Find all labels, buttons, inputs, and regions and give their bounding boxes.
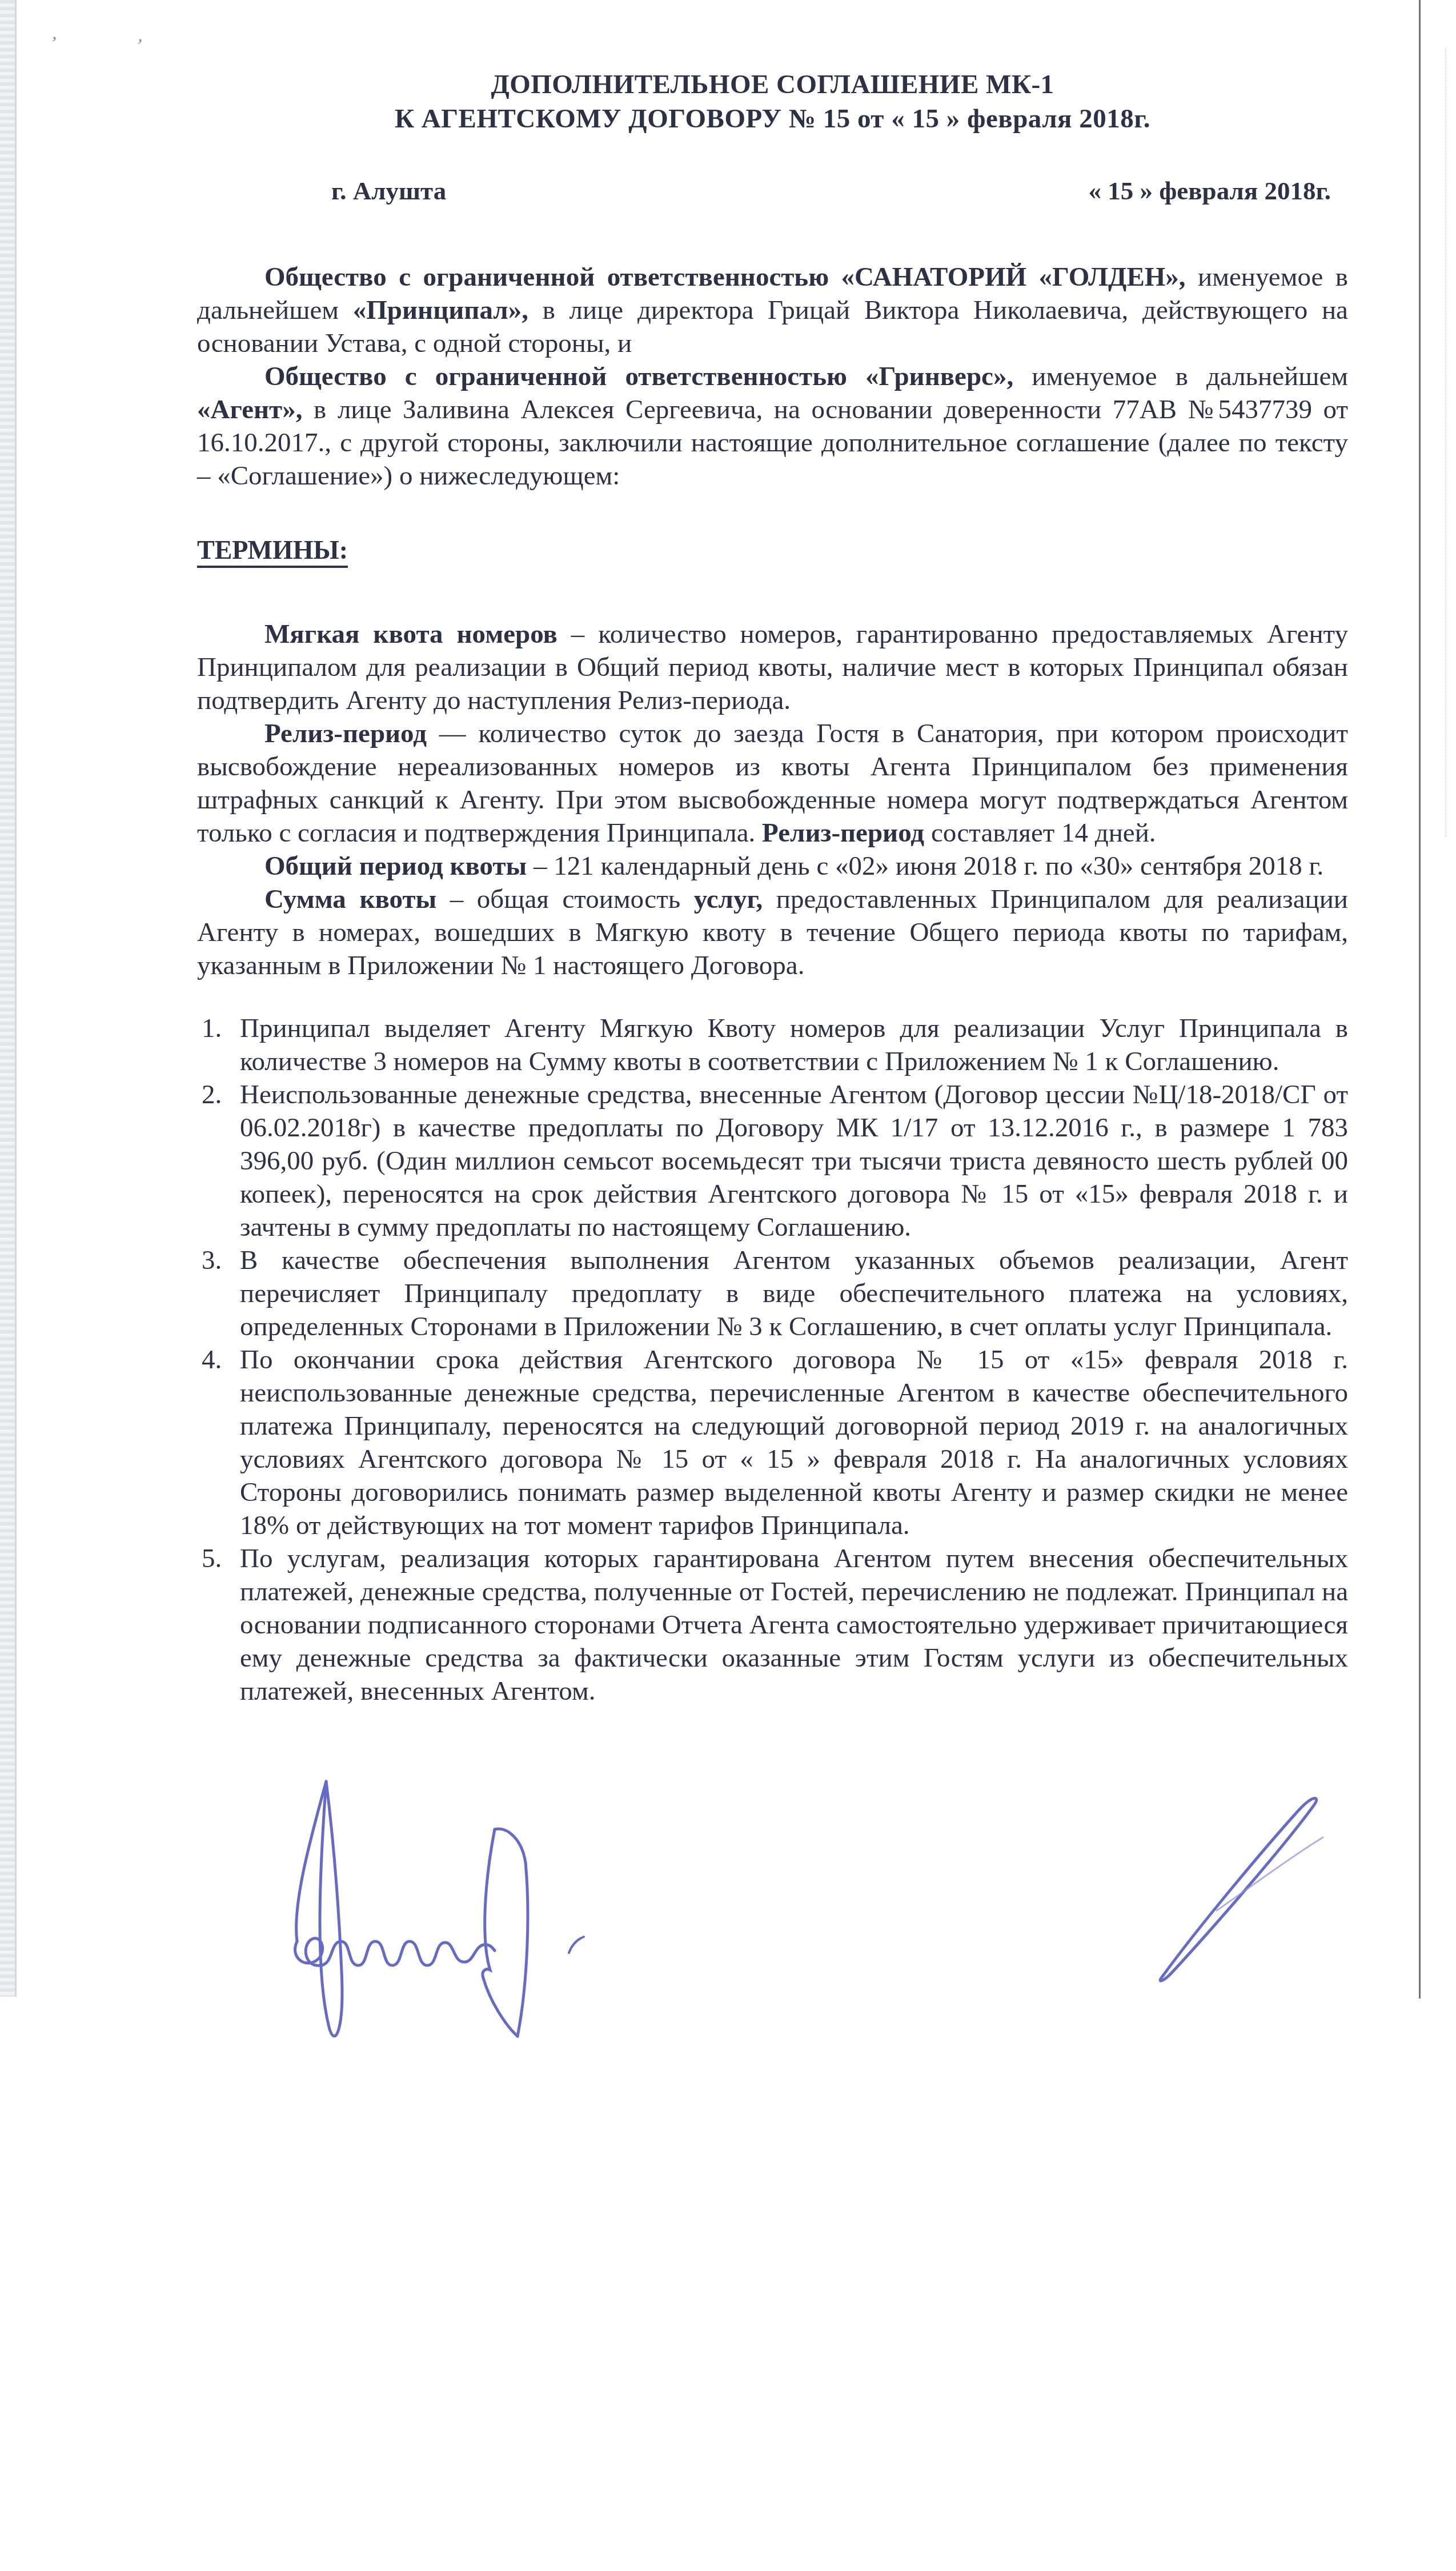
signature-left-right-leaf-return bbox=[495, 1829, 528, 2036]
term-soft-quota: Мягкая квота номеров – количество номеро… bbox=[197, 618, 1348, 717]
preamble-agent-paragraph: Общество с ограниченной ответственностью… bbox=[197, 360, 1348, 492]
text-run: составляет 14 дней. bbox=[924, 818, 1156, 848]
term-total-quota-period: Общий период квоты – 121 календарный ден… bbox=[197, 850, 1348, 883]
scanned-contract-page: ’ ’ ДОПОЛНИТЕЛЬНОЕ СОГЛАШЕНИЕ МК-1 К АГЕ… bbox=[0, 0, 1456, 2571]
clause-text: По окончании срока действия Агентского д… bbox=[240, 1345, 1348, 1540]
text-run: – 121 календарный день с «02» июня 2018 … bbox=[527, 851, 1323, 881]
bold-run: «Агент», bbox=[197, 395, 302, 425]
signature-left-tick bbox=[569, 1937, 584, 1953]
clause-item-4: 4. По окончании срока действия Агентског… bbox=[197, 1343, 1348, 1542]
scan-edge-right-line bbox=[1419, 0, 1421, 1999]
document-content: ДОПОЛНИТЕЛЬНОЕ СОГЛАШЕНИЕ МК-1 К АГЕНТСК… bbox=[197, 63, 1348, 1708]
text-run: именуемое в дальнейшем bbox=[1013, 362, 1348, 391]
clause-number: 1. bbox=[202, 1012, 222, 1045]
clause-number: 2. bbox=[202, 1078, 222, 1111]
bold-run: Общий период квоты bbox=[264, 851, 527, 881]
bold-run: Общество с ограниченной ответственностью… bbox=[264, 262, 1186, 292]
scan-speck: ’ bbox=[134, 35, 145, 57]
signature-right-light-stroke bbox=[1217, 1837, 1323, 1911]
scan-edge-left-band bbox=[0, 0, 17, 1997]
terms-heading-text: ТЕРМИНЫ: bbox=[197, 535, 348, 568]
signature-left-ink bbox=[295, 1781, 584, 2036]
clause-number: 4. bbox=[202, 1343, 222, 1376]
terms-definitions: Мягкая квота номеров – количество номеро… bbox=[197, 618, 1348, 982]
preamble-principal-paragraph: Общество с ограниченной ответственностью… bbox=[197, 261, 1348, 360]
signature-left-tall-loop bbox=[320, 1781, 342, 2036]
clause-item-5: 5. По услугам, реализация которых гарант… bbox=[197, 1542, 1348, 1708]
clause-text: Принципал выделяет Агенту Мягкую Квоту н… bbox=[240, 1014, 1348, 1076]
clause-list: 1. Принципал выделяет Агенту Мягкую Квот… bbox=[197, 1012, 1348, 1708]
term-release-period: Релиз-период — количество суток до заезд… bbox=[197, 717, 1348, 850]
bold-run: Сумма квоты bbox=[264, 884, 436, 914]
term-quota-amount: Сумма квоты – общая стоимость услуг, пре… bbox=[197, 883, 1348, 982]
clause-text: В качестве обеспечения выполнения Агенто… bbox=[240, 1246, 1348, 1341]
text-run: в лице Заливина Алексея Сергеевича, на о… bbox=[197, 395, 1348, 491]
clause-number: 3. bbox=[202, 1244, 222, 1277]
place-label: г. Алушта bbox=[331, 176, 446, 206]
clause-text: Неиспользованные денежные средства, внес… bbox=[240, 1080, 1348, 1242]
signature-right-ink bbox=[1160, 1798, 1323, 1981]
clause-number: 5. bbox=[202, 1542, 222, 1575]
title-line-2: К АГЕНТСКОМУ ДОГОВОРУ № 15 от « 15 » фев… bbox=[197, 102, 1348, 136]
scan-edge-dotted-line bbox=[1445, 49, 1446, 837]
text-run: – общая стоимость bbox=[436, 884, 693, 914]
bold-run: Релиз-период bbox=[762, 818, 924, 848]
preamble: Общество с ограниченной ответственностью… bbox=[197, 261, 1348, 492]
signature-left-scribble bbox=[295, 1939, 495, 1966]
signature-left-leadin bbox=[296, 1781, 326, 1941]
bold-run: Релиз-период bbox=[264, 719, 427, 748]
signature-left-right-leaf bbox=[483, 1829, 518, 2036]
title-line-1: ДОПОЛНИТЕЛЬНОЕ СОГЛАШЕНИЕ МК-1 bbox=[197, 67, 1348, 102]
terms-heading: ТЕРМИНЫ: bbox=[197, 535, 1348, 565]
bold-run: Общество с ограниченной ответственностью… bbox=[264, 362, 1013, 391]
bold-run: Мягкая квота номеров bbox=[264, 619, 557, 649]
document-title: ДОПОЛНИТЕЛЬНОЕ СОГЛАШЕНИЕ МК-1 К АГЕНТСК… bbox=[197, 67, 1348, 136]
clause-item-3: 3. В качестве обеспечения выполнения Аге… bbox=[197, 1244, 1348, 1343]
clause-item-2: 2. Неиспользованные денежные средства, в… bbox=[197, 1078, 1348, 1244]
date-label: « 15 » февраля 2018г. bbox=[1088, 176, 1331, 206]
signature-right-loop bbox=[1160, 1798, 1317, 1981]
clause-item-1: 1. Принципал выделяет Агенту Мягкую Квот… bbox=[197, 1012, 1348, 1078]
clause-text: По услугам, реализация которых гарантиро… bbox=[240, 1544, 1348, 1706]
scan-speck: ’ bbox=[49, 33, 58, 55]
bold-run: «Принципал», bbox=[353, 295, 528, 325]
place-date-row: г. Алушта « 15 » февраля 2018г. bbox=[197, 176, 1348, 206]
bold-run: услуг, bbox=[694, 884, 763, 914]
